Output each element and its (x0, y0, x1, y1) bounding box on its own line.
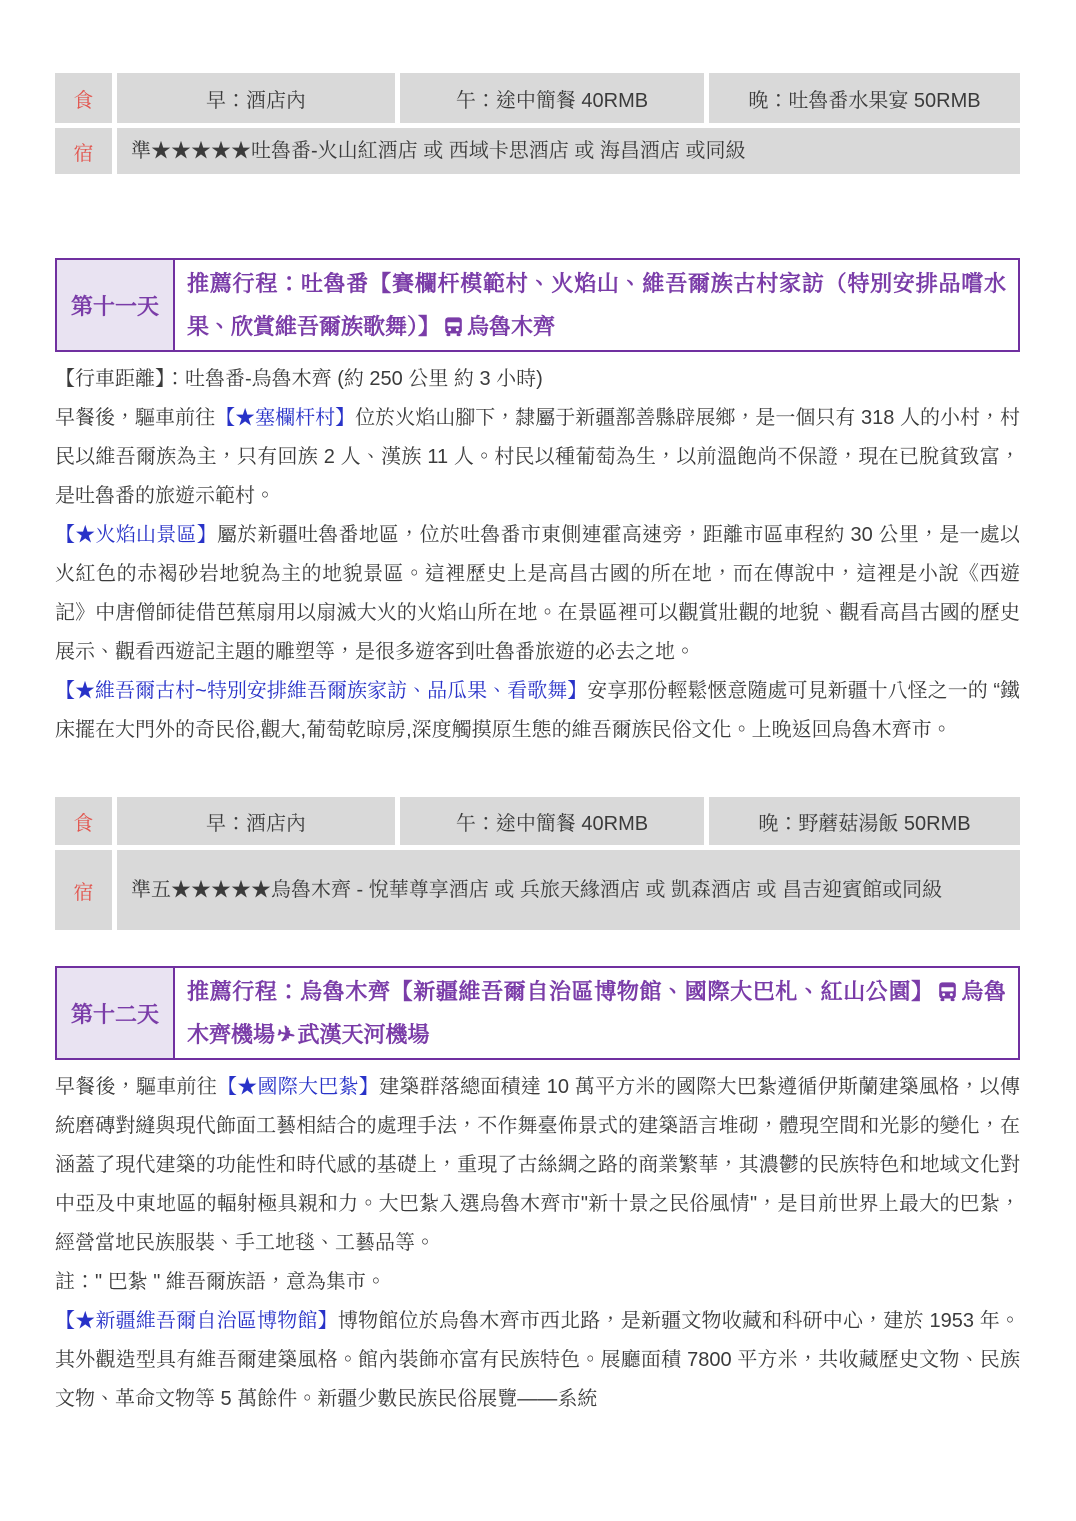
day12-paragraph-2: 【★新疆維吾爾自治區博物館】博物館位於烏魯木齊市西北路，是新疆文物收藏和科研中心… (55, 1302, 1020, 1419)
day11-distance-line: 【行車距離】：吐魯番-烏魯木齊 (約 250 公里 約 3 小時) (55, 360, 1020, 399)
stay-label: 宿 (55, 128, 112, 174)
food-label: 食 (55, 73, 112, 123)
day12-header-box: 第十二天 推薦行程：烏魯木齊【新疆維吾爾自治區博物館、國際大巴札、紅山公園】烏魯… (55, 966, 1020, 1060)
day12-paragraph-1: 早餐後，驅車前往【★國際大巴紮】建築群落總面積達 10 萬平方米的國際大巴紮遵循… (55, 1068, 1020, 1263)
attraction-link-uyghur-village: 【★維吾爾古村~特別安排維吾爾族家訪、品瓜果、看歌舞】 (55, 680, 587, 702)
plane-icon: ✈ (273, 1012, 300, 1058)
attraction-link-grand-bazaar: 【★國際大巴紮】 (217, 1076, 379, 1098)
attraction-link-sailangan-village: 【★塞欄杆村】 (215, 407, 355, 429)
food-label: 食 (55, 797, 112, 845)
day12-description: 早餐後，驅車前往【★國際大巴紮】建築群落總面積達 10 萬平方米的國際大巴紮遵循… (55, 1068, 1020, 1419)
day11-title: 推薦行程：吐魯番【賽欄杆模範村、火焰山、維吾爾族古村家訪（特別安排品嚐水果、欣賞… (175, 260, 1018, 350)
day11-meal-table: 食 早：酒店內 午：途中簡餐 40RMB 晚：吐魯番水果宴 50RMB 宿 準★… (55, 73, 1020, 174)
day12-label: 第十二天 (57, 968, 175, 1058)
day12-note-line: 註：" 巴紮 " 維吾爾族語，意為集市。 (55, 1263, 1020, 1302)
attraction-link-xinjiang-museum: 【★新疆維吾爾自治區博物館】 (55, 1310, 338, 1332)
stay-label: 宿 (55, 850, 112, 930)
bus-icon (937, 973, 958, 994)
dinner-cell: 晚：野蘑菇湯飯 50RMB (709, 797, 1020, 845)
day12-title: 推薦行程：烏魯木齊【新疆維吾爾自治區博物館、國際大巴札、紅山公園】烏魯木齊機場✈… (175, 968, 1018, 1058)
day12-title-text: 推薦行程：烏魯木齊【新疆維吾爾自治區博物館、國際大巴札、紅山公園】 (187, 979, 934, 1004)
hotel-cell: 準★★★★★吐魯番-火山紅酒店 或 西域卡思酒店 或 海昌酒店 或同級 (117, 128, 1020, 174)
day11-destination: 烏魯木齊 (467, 314, 555, 339)
lunch-cell: 午：途中簡餐 40RMB (400, 797, 704, 845)
day11-paragraph-3: 【★維吾爾古村~特別安排維吾爾族家訪、品瓜果、看歌舞】安享那份輕鬆愜意隨處可見新… (55, 672, 1020, 750)
day12-flight-destination: 武漢天河機場 (297, 1022, 429, 1047)
dinner-cell: 晚：吐魯番水果宴 50RMB (709, 73, 1020, 123)
day11-header-box: 第十一天 推薦行程：吐魯番【賽欄杆模範村、火焰山、維吾爾族古村家訪（特別安排品嚐… (55, 258, 1020, 352)
breakfast-cell: 早：酒店內 (117, 797, 395, 845)
day11-title-text: 推薦行程：吐魯番【賽欄杆模範村、火焰山、維吾爾族古村家訪（特別安排品嚐水果、欣賞… (187, 271, 1006, 339)
hotel-cell: 準五★★★★★烏魯木齊 - 悅華尊享酒店 或 兵旅天緣酒店 或 凱森酒店 或 昌… (117, 850, 1020, 930)
breakfast-cell: 早：酒店內 (117, 73, 395, 123)
lunch-cell: 午：途中簡餐 40RMB (400, 73, 704, 123)
day11-paragraph-2: 【★火焰山景區】屬於新疆吐魯番地區，位於吐魯番市東側連霍高速旁，距離市區車程約 … (55, 516, 1020, 672)
attraction-link-flaming-mountain: 【★火焰山景區】 (55, 524, 217, 546)
day11-label: 第十一天 (57, 260, 175, 350)
day12-meal-table: 食 早：酒店內 午：途中簡餐 40RMB 晚：野蘑菇湯飯 50RMB 宿 準五★… (55, 797, 1020, 930)
day11-description: 【行車距離】：吐魯番-烏魯木齊 (約 250 公里 約 3 小時) 早餐後，驅車… (55, 360, 1020, 750)
bus-icon (443, 308, 464, 329)
itinerary-page: 食 早：酒店內 午：途中簡餐 40RMB 晚：吐魯番水果宴 50RMB 宿 準★… (0, 0, 1076, 1419)
day11-paragraph-1: 早餐後，驅車前往【★塞欄杆村】位於火焰山腳下，隸屬于新疆鄯善縣辟展鄉，是一個只有… (55, 399, 1020, 516)
